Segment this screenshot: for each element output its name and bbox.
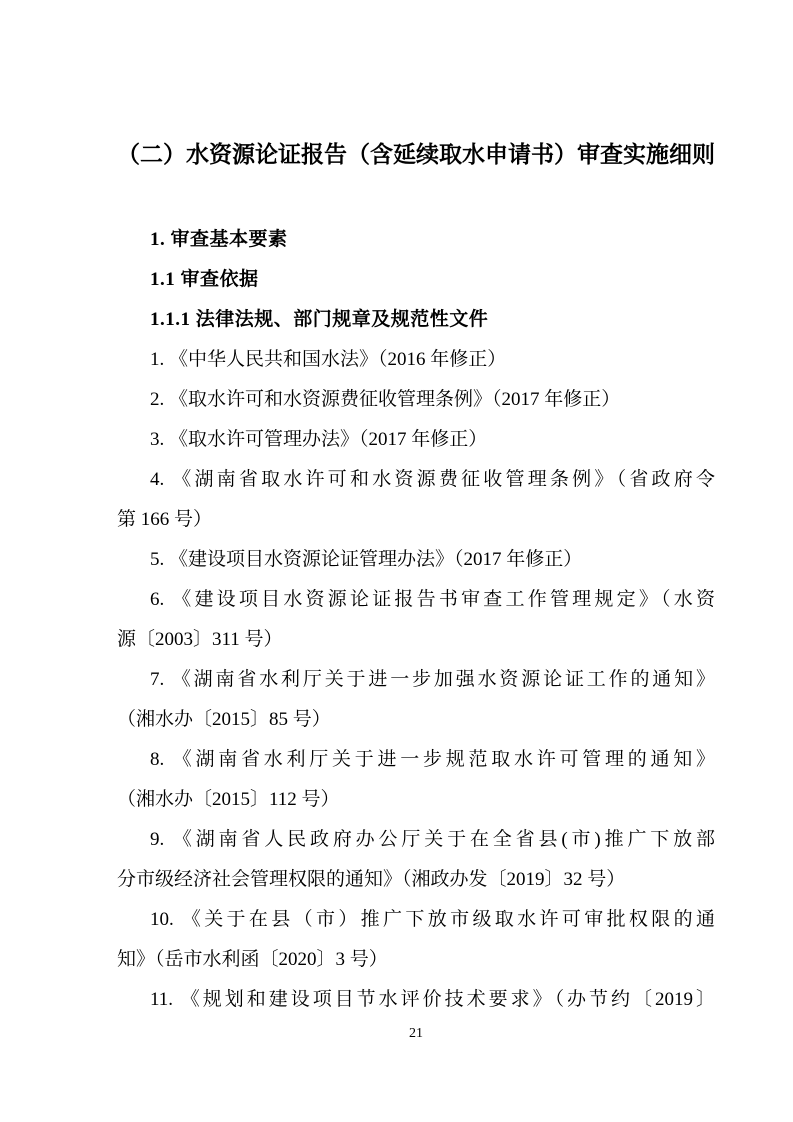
document-page: （二）水资源论证报告（含延续取水申请书）审查实施细则 1. 审查基本要素 1.1… bbox=[0, 0, 793, 1122]
list-item-2: 2. 《取水许可和水资源费征收管理条例》（2017 年修正） bbox=[117, 380, 715, 420]
document-body: 1. 审查基本要素 1.1 审查依据 1.1.1 法律法规、部门规章及规范性文件… bbox=[117, 220, 715, 1020]
list-item-10-line-2: 知》（岳市水利函〔2020〕3 号） bbox=[117, 940, 715, 980]
list-item-9-line-1: 9. 《湖南省人民政府办公厅关于在全省县(市)推广下放部 bbox=[117, 820, 715, 860]
section-heading-1: 1. 审查基本要素 bbox=[117, 220, 715, 260]
list-item-8-line-2: （湘水办〔2015〕112 号） bbox=[117, 780, 715, 820]
list-item-9-line-2: 分市级经济社会管理权限的通知》（湘政办发〔2019〕32 号） bbox=[117, 860, 715, 900]
list-item-1: 1. 《中华人民共和国水法》（2016 年修正） bbox=[117, 340, 715, 380]
section-heading-1-1-1: 1.1.1 法律法规、部门规章及规范性文件 bbox=[117, 300, 715, 340]
list-item-6-line-1: 6. 《建设项目水资源论证报告书审查工作管理规定》（水资 bbox=[117, 580, 715, 620]
list-item-3: 3. 《取水许可管理办法》（2017 年修正） bbox=[117, 420, 715, 460]
list-item-6-line-2: 源〔2003〕311 号） bbox=[117, 620, 715, 660]
document-title: （二）水资源论证报告（含延续取水申请书）审查实施细则 bbox=[97, 134, 735, 176]
list-item-7-line-1: 7. 《湖南省水利厅关于进一步加强水资源论证工作的通知》 bbox=[117, 660, 715, 700]
list-item-4-line-2: 第 166 号） bbox=[117, 500, 715, 540]
list-item-10-line-1: 10. 《关于在县（市）推广下放市级取水许可审批权限的通 bbox=[117, 900, 715, 940]
section-heading-1-1: 1.1 审查依据 bbox=[117, 260, 715, 300]
list-item-5: 5. 《建设项目水资源论证管理办法》（2017 年修正） bbox=[117, 540, 715, 580]
page-number: 21 bbox=[117, 1024, 715, 1044]
list-item-8-line-1: 8. 《湖南省水利厅关于进一步规范取水许可管理的通知》 bbox=[117, 740, 715, 780]
list-item-11-line-1: 11. 《规划和建设项目节水评价技术要求》（办节约〔2019〕 bbox=[117, 980, 715, 1020]
list-item-7-line-2: （湘水办〔2015〕85 号） bbox=[117, 700, 715, 740]
list-item-4-line-1: 4. 《湖南省取水许可和水资源费征收管理条例》（省政府令 bbox=[117, 460, 715, 500]
